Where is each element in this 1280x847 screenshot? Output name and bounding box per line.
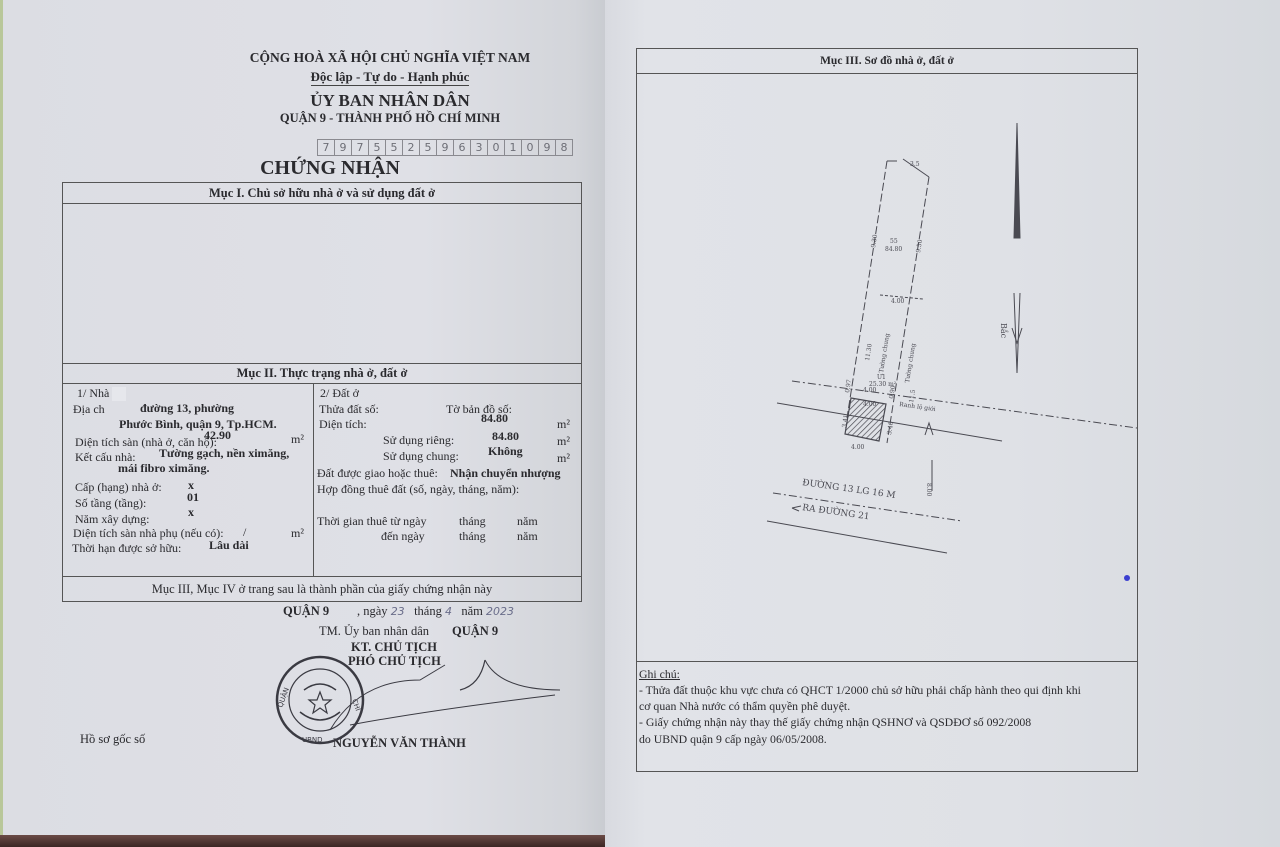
desk-edge — [0, 835, 605, 847]
shared-wall-right: Tường chung — [904, 343, 917, 384]
house-heading-text: 1/ Nhà — [77, 386, 109, 400]
exit-arrow-icon — [792, 506, 801, 511]
shared-use-unit: m² — [557, 451, 570, 466]
aux-area-unit: m² — [291, 526, 304, 541]
shared-use-label: Sử dụng chung: — [383, 449, 459, 464]
note-line-3: - Giấy chứng nhận này thay thế giấy chứn… — [639, 715, 1031, 730]
notes-divider — [637, 661, 1137, 662]
pen-dot — [1124, 575, 1130, 581]
private-use-unit: m² — [557, 434, 570, 449]
lot-code: Ư1 — [877, 374, 886, 381]
address-line-2: Phước Bình, quận 9, Tp.HCM. — [119, 417, 277, 432]
official-seal-and-signature: QUẬN CHÍ UBND — [270, 650, 570, 760]
lease-contract-label: Hợp đồng thuê đất (số, ngày, tháng, năm)… — [317, 482, 519, 497]
address-line-1: đường 13, phường — [140, 401, 234, 416]
dim-gap-left: 0.97 — [844, 379, 853, 393]
dim-gap-right: 0.90 — [888, 385, 897, 399]
svg-text:UBND: UBND — [302, 736, 323, 744]
dim-left-upper: 9.30 — [870, 234, 879, 248]
tenure-value: Lâu dài — [209, 538, 249, 553]
shared-use-value: Không — [488, 444, 523, 459]
committee-header: ỦY BAN NHÂN DÂN — [180, 91, 600, 111]
lease-from-year-label: năm — [517, 514, 538, 529]
serial-digit-box: 3 — [470, 139, 488, 156]
lease-from-month-label: tháng — [459, 514, 486, 529]
month-label: tháng — [414, 604, 442, 618]
serial-digit-box: 7 — [317, 139, 335, 156]
dim-right-upper: 9.50 — [915, 239, 924, 253]
floor-area-unit: m² — [291, 432, 304, 447]
month-value: 4 — [445, 605, 452, 618]
section-3-title: Mục III. Sơ đồ nhà ở, đất ở — [637, 49, 1137, 74]
private-use-value: 84.80 — [492, 429, 519, 444]
dim-top: 3.5 — [910, 161, 920, 168]
serial-digit-box: 9 — [538, 139, 556, 156]
dim-right-lower: 11.5 — [908, 389, 917, 403]
year-label: năm — [461, 604, 483, 618]
lease-to-month-label: tháng — [459, 529, 486, 544]
land-area-value: 84.80 — [481, 411, 508, 426]
left-page: CỘNG HOÀ XÃ HỘI CHỦ NGHĨA VIỆT NAM Độc l… — [0, 0, 605, 835]
on-behalf-district: QUẬN 9 — [452, 624, 498, 639]
parcel-area: 84.80 — [885, 246, 902, 253]
serial-digit-box: 8 — [555, 139, 573, 156]
setback-label: Ranh lộ giới — [899, 401, 936, 413]
aux-area-label: Diện tích sàn nhà phụ (nếu có): — [73, 526, 224, 541]
address-label: Địa ch — [73, 402, 105, 417]
district-header: QUẬN 9 - THÀNH PHỐ HỒ CHÍ MINH — [180, 111, 600, 126]
private-use-label: Sử dụng riêng: — [383, 433, 454, 448]
land-area-unit: m² — [557, 417, 570, 432]
note-line-2: cơ quan Nhà nước có thẩm quyền phê duyệt… — [639, 699, 850, 714]
motto: Độc lập - Tự do - Hạnh phúc — [180, 69, 600, 85]
note-line-1: - Thửa đất thuộc khu vực chưa có QHCT 1/… — [639, 683, 1081, 698]
structure-line-1: Tường gạch, nền ximăng, — [159, 446, 289, 461]
date-line: , ngày 23 tháng 4 năm 2023 — [357, 604, 514, 619]
floor-area-value: 42.90 — [204, 428, 231, 443]
serial-digit-box: 9 — [334, 139, 352, 156]
section-2-title: Mục II. Thực trạng nhà ở, đất ở — [63, 363, 581, 384]
tenure-label: Thời hạn được sở hữu: — [72, 541, 181, 556]
allocation-label: Đất được giao hoặc thuê: — [317, 466, 438, 481]
motto-text: Độc lập - Tự do - Hạnh phúc — [311, 69, 470, 86]
dim-mid: 4.00 — [891, 298, 905, 305]
north-label: Bắc — [999, 323, 1008, 339]
sign-place: QUẬN 9 — [283, 604, 329, 619]
lease-from-label: Thời gian thuê từ ngày — [317, 514, 427, 529]
redacted-block — [112, 387, 126, 401]
dim-front-bottom: 4.00 — [851, 444, 865, 451]
dim-left-lower: 11.30 — [864, 343, 874, 361]
serial-digit-box: 9 — [436, 139, 454, 156]
serial-digit-box: 0 — [487, 139, 505, 156]
note-line-4: do UBND quận 9 cấp ngày 06/05/2008. — [639, 732, 827, 747]
notes-heading: Ghi chú: — [639, 667, 680, 682]
house-heading: 1/ Nhà — [77, 386, 126, 401]
parcel-number-label: Thửa đất số: — [319, 402, 379, 417]
diagram-frame: Mục III. Sơ đồ nhà ở, đất ở 3.5 9.30 — [636, 48, 1138, 772]
dim-front-top: 4.00 — [863, 387, 877, 394]
section-1-title: Mục I. Chủ sở hữu nhà ở và sử dụng đất ở — [63, 183, 581, 204]
day-value: 23 — [391, 605, 405, 618]
main-form-frame: Mục I. Chủ sở hữu nhà ở và sử dụng đất ở… — [62, 182, 582, 602]
original-file-label: Hồ sơ gốc số — [80, 732, 145, 747]
structure-line-2: mái fibro ximăng. — [118, 461, 209, 476]
year-built-value: x — [188, 505, 194, 520]
exit-label: RA ĐƯỜNG 21 — [802, 501, 871, 522]
lease-to-year-label: năm — [517, 529, 538, 544]
serial-number-boxes: 797552596301098 — [318, 139, 573, 156]
site-plan-diagram: 3.5 9.30 9.50 55 84.80 4.00 Tường chung … — [637, 73, 1137, 663]
dim-front-inner: 4.00 — [863, 401, 877, 408]
on-behalf-label: TM. Ủy ban nhân dân — [319, 624, 429, 639]
serial-digit-box: 5 — [368, 139, 386, 156]
serial-digit-box: 5 — [385, 139, 403, 156]
shared-wall-left: Tường chung — [878, 333, 891, 374]
allocation-value: Nhận chuyển nhượng — [450, 466, 561, 481]
serial-digit-box: 5 — [419, 139, 437, 156]
land-heading: 2/ Đất ở — [320, 386, 359, 401]
serial-digit-box: 2 — [402, 139, 420, 156]
parcel-code: 55 — [890, 238, 898, 245]
year-value: 2023 — [486, 605, 514, 618]
serial-digit-box: 1 — [504, 139, 522, 156]
footer-note: Mục III, Mục IV ở trang sau là thành phầ… — [63, 576, 581, 601]
republic-header: CỘNG HOÀ XÃ HỘI CHỦ NGHĨA VIỆT NAM — [180, 50, 600, 66]
serial-digit-box: 0 — [521, 139, 539, 156]
day-label: , ngày — [357, 604, 388, 618]
dim-side-right: 3.40 — [886, 421, 895, 435]
serial-digit-box: 7 — [351, 139, 369, 156]
certificate-title: CHỨNG NHẬN — [180, 157, 480, 180]
land-area-label: Diện tích: — [319, 417, 367, 432]
lease-to-label: đến ngày — [381, 529, 425, 544]
setback-dim: 8.00 — [925, 483, 932, 497]
grade-label: Cấp (hạng) nhà ở: — [75, 480, 162, 495]
floors-value: 01 — [187, 490, 199, 505]
road-label: ĐƯỜNG 13 LG 16 M — [802, 476, 897, 501]
column-divider — [313, 383, 314, 576]
floors-label: Số tầng (tầng): — [75, 496, 146, 511]
year-built-label: Năm xây dựng: — [75, 512, 150, 527]
serial-digit-box: 6 — [453, 139, 471, 156]
